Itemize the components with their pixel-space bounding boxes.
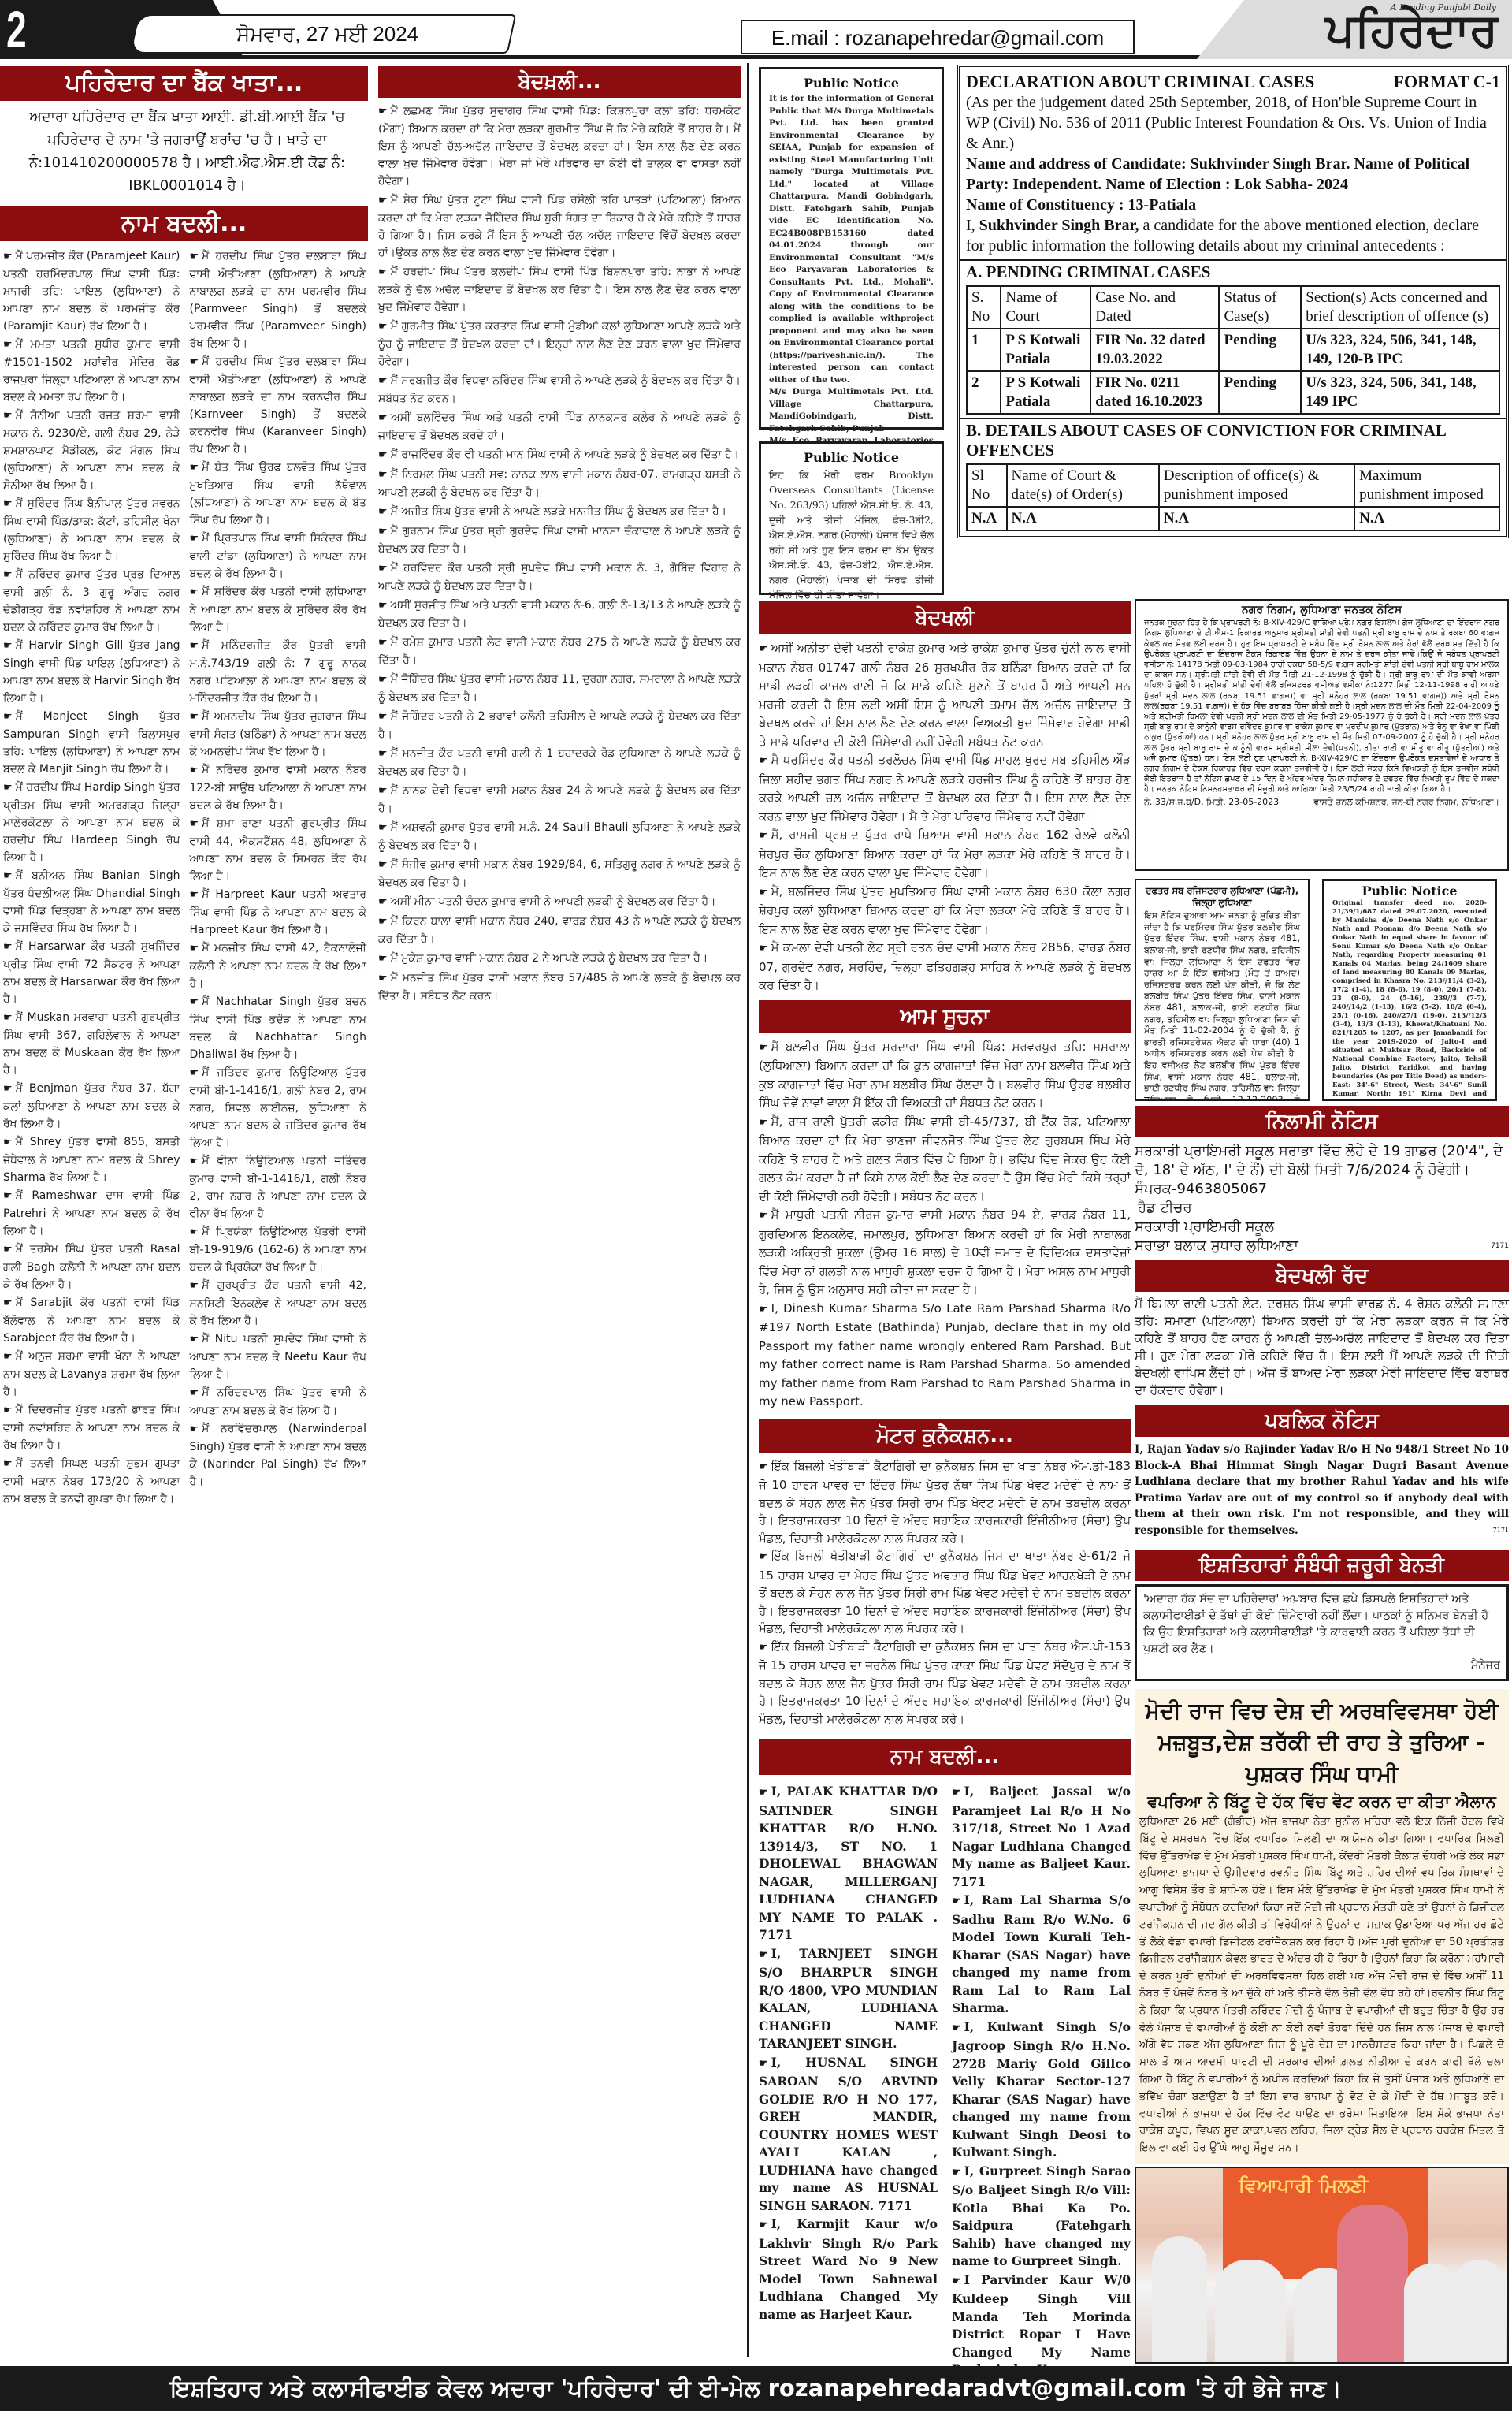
- email-box: E.mail : rozanapehredar@gmail.com: [741, 20, 1135, 54]
- list-item: ☛ਇੱਕ ਬਿਜਲੀ ਖੇਤੀਬਾੜੀ ਕੈਟਾਗਿਰੀ ਦਾ ਕੁਨੈਕਸ਼ਨ…: [759, 1457, 1131, 1548]
- nilami-body: ਸਰਕਾਰੀ ਪ੍ਰਾਇਮਰੀ ਸਕੂਲ ਸਰਾਭਾ ਵਿੱਚ ਲੋਹੇ ਦੇ …: [1135, 1142, 1509, 1199]
- criminal-declaration: DECLARATION ABOUT CRIMINAL CASES FORMAT …: [957, 65, 1509, 538]
- pointing-hand-icon: ☛: [190, 462, 199, 474]
- conviction-table: Sl NoName of Court & date(s) of Order(s)…: [966, 463, 1500, 531]
- nagar-nigam-footer: ਨੰ. 33/ਸ.ਜ.ਬ/D, ਮਿਤੀ. 23-05-2023 ਵਾਸਤੇ ਜ…: [1144, 797, 1499, 807]
- pointing-hand-icon: ☛: [3, 1190, 13, 1202]
- list-item-text: ਅਸੀਂ ਬਲਵਿੰਦਰ ਸਿੰਘ ਅਤੇ ਪਤਨੀ ਵਾਸੀ ਪਿੰਡ ਨਾਨ…: [378, 411, 741, 442]
- pointing-hand-icon: ☛: [378, 321, 388, 333]
- notice-pair: ਦਫਤਰ ਸਬ ਰਜਿਸਟਰਾਰ ਲੁਧਿਆਣਾ (ਪੱਛਮੀ), ਜਿਲ੍ਹਾ…: [1135, 879, 1509, 1101]
- list-item: ☛ਮੈਂ ਦਿਦਰਜੀਤ ਪੁੱਤਰ ਪਤਨੀ ਭਾਰਤ ਸਿੰਘ ਵਾਸੀ ਨ…: [3, 1401, 180, 1454]
- nilami-code: 7171: [1491, 1237, 1509, 1256]
- pointing-hand-icon: ☛: [3, 1297, 13, 1309]
- list-item: ☛ਮੈਂ ਜੋਗਿੰਦਰ ਪਤਨੀ ਨੇ 2 ਭਰਾਵਾਂ ਕਲੋਨੀ ਤਹਿਸ…: [378, 708, 741, 743]
- pointing-hand-icon: ☛: [378, 375, 388, 387]
- list-item: ☛ਮੈਂ ਪ੍ਰਿਤਪਾਲ ਸਿੰਘ ਵਾਸੀ ਸਿਕੰਦਰ ਸਿੰਘ ਵਾਲੀ…: [190, 530, 367, 582]
- declaration-intro: I, Sukhvinder Singh Brar, a candidate fo…: [966, 215, 1500, 256]
- list-item: ☛ਮੈਂ ਨਿਰਮਲ ਸਿੰਘ ਪਤਨੀ ਸਵ: ਨਾਨਕ ਲਾਲ ਵਾਸੀ ਮ…: [378, 466, 741, 501]
- column-header: Section(s) Acts concerned and brief desc…: [1301, 286, 1499, 329]
- table-row: 1P S Kotwali PatialaFIR No. 32 dated 19.…: [967, 329, 1499, 371]
- list-item-text: I, Dinesh Kumar Sharma S/o Late Ram Pars…: [759, 1301, 1131, 1409]
- pointing-hand-icon: ☛: [378, 266, 388, 278]
- nilami-sign-2: ਸਰਕਾਰੀ ਪ੍ਰਾਇਮਰੀ ਸਕੂਲ: [1135, 1218, 1509, 1237]
- list-item-text: ਮੈਂ ਹਰਦੀਪ ਸਿੰਘ ਪੁੱਤਰ ਕੁਲਦੀਪ ਸਿੰਘ ਵਾਸੀ ਪਿ…: [378, 266, 741, 314]
- section-b-heading: B. DETAILS ABOUT CASES OF CONVICTION FOR…: [960, 418, 1506, 462]
- table-cell: Pending: [1219, 329, 1301, 371]
- list-item: ☛ਮੈਂ ਮੁਕੇਸ਼ ਕੁਮਾਰ ਵਾਸੀ ਮਕਾਨ ਨੰਬਰ 2 ਨੇ ਆਪ…: [378, 950, 741, 968]
- list-item: ☛I, TARNJEET SINGH S/O BHARPUR SINGH R/O…: [759, 1945, 938, 2053]
- list-item: ☛ਮੈਂ Nachhatar Singh ਪੁੱਤਰ ਬਚਨ ਸਿੰਘ ਵਾਸੀ…: [190, 993, 367, 1063]
- list-item-text: ਮੈਂ ਜੋਗਿੰਦਰ ਪਤਨੀ ਨੇ 2 ਭਰਾਵਾਂ ਕਲੋਨੀ ਤਹਿਸੀ…: [378, 710, 741, 741]
- column-header: S. No: [967, 286, 1001, 329]
- list-item-text: ਮੈਂ, ਬਲਜਿੰਦਰ ਸਿੰਘ ਪੁੱਤਰ ਮੁਖਤਿਆਰ ਸਿੰਘ ਵਾਸ…: [759, 884, 1131, 936]
- list-item-text: ਮੈਂ ਨਰਿੰਦਰ ਕੁਮਾਰ ਪੁੱਤਰ ਪ੍ਰਭ ਦਿਆਲ ਵਾਸੀ ਗਲ…: [3, 568, 180, 634]
- table-cell: 1: [967, 329, 1001, 371]
- public-notice-brooklyn: Public Notice ਇਹ ਕਿ ਮੇਰੀ ਫਰਮ Brooklyn Ov…: [759, 441, 944, 595]
- pointing-hand-icon: ☛: [759, 830, 768, 842]
- pointing-hand-icon: ☛: [3, 640, 13, 652]
- pointing-hand-icon: ☛: [378, 973, 388, 984]
- declaration-header: DECLARATION ABOUT CRIMINAL CASES FORMAT …: [966, 72, 1500, 92]
- declaration-candidate: Name and address of Candidate: Sukhvinde…: [966, 154, 1500, 195]
- pointing-hand-icon: ☛: [190, 1280, 199, 1292]
- pointing-hand-icon: ☛: [190, 943, 199, 954]
- list-item-text: ਮੈਂ, ਰਾਮਜੀ ਪ੍ਰਸ਼ਾਦ ਪੁੱਤਰ ਰਾਧੇ ਸ਼ਿਆਮ ਵਾਸੀ…: [759, 828, 1131, 880]
- list-item-text: ਅਸੀਂ ਅਨੀਤਾ ਦੇਵੀ ਪਤਨੀ ਰਾਕੇਸ਼ ਕੁਮਾਰ ਅਤੇ ਰਾ…: [759, 641, 1131, 749]
- list-item: ☛ਮੈਂ ਬਨੀਅਨ ਸਿੰਘ Banian Singh ਪੁੱਤਰ ਧੰਦਲੀ…: [3, 867, 180, 937]
- list-item: ☛ਮੈਂ Sarabjit ਕੌਰ ਪਤਨੀ ਵਾਸੀ ਪਿੰਡ ਬੱਲੋਵਾਲ…: [3, 1294, 180, 1347]
- list-item-text: ਮੈਂ ਅਮਨਦੀਪ ਸਿੰਘ ਪੁੱਤਰ ਜੁਗਰਾਜ ਸਿੰਘ ਵਾਸੀ ਸ…: [190, 710, 367, 758]
- pointing-hand-icon: ☛: [3, 1137, 13, 1148]
- list-item-text: ਮੈਂ ਪਰਮਜੀਤ ਕੌਰ (Paramjeet Kaur) ਪਤਨੀ ਹਰਮ…: [3, 250, 180, 333]
- list-item: ☛ਮੈਂ ਮਨਜੀਤ ਕੌਰ ਪਤਨੀ ਵਾਸੀ ਗਲੀ ਨੰ 1 ਬਹਾਦਰਕ…: [378, 745, 741, 780]
- bedakhli-radd-heading: ਬੇਦਖਲੀ ਰੱਦ: [1135, 1260, 1509, 1292]
- list-item-text: ਮੈਂ ਤਰਸੇਮ ਸਿੰਘ ਪੁੱਤਰ ਪਤਨੀ Rasal ਗਲੀ Bagh…: [3, 1243, 180, 1291]
- pointing-hand-icon: ☛: [952, 1896, 961, 1907]
- bedakhli-heading: ਬੇਦਖ਼ਲੀ...: [378, 66, 741, 98]
- nilami-heading: ਨਿਲਾਮੀ ਨੋਟਿਸ: [1135, 1106, 1509, 1137]
- list-item-text: ਮੈਂ ਮਮਤਾ ਪਤਨੀ ਸੁਧੀਰ ਕੁਮਾਰ ਵਾਸੀ #1501-150…: [3, 338, 180, 404]
- pointing-hand-icon: ☛: [378, 600, 388, 612]
- table-header-row: S. NoName of CourtCase No. and DatedStat…: [967, 286, 1499, 329]
- nagar-nigam-ref: ਨੰ. 33/ਸ.ਜ.ਬ/D, ਮਿਤੀ. 23-05-2023: [1144, 797, 1279, 807]
- list-item: ☛I, Baljeet Jassal w/o Paramjeet Lal R/o…: [952, 1783, 1131, 1891]
- list-item: ☛ਮੈਂ ਗੁਰਨਾਮ ਸਿੰਘ ਪੁੱਤਰ ਸ੍ਰੀ ਗੁਰਦੇਵ ਸਿੰਘ …: [378, 523, 741, 558]
- notice-body: Original transfer deed no. 2020-21/39/1/…: [1332, 899, 1487, 1101]
- list-item-text: I, Kulwant Singh S/o Jagroop Singh R/o H…: [952, 2019, 1131, 2160]
- pointing-hand-icon: ☛: [378, 106, 388, 117]
- contact-email[interactable]: E.mail : rozanapehredar@gmail.com: [742, 24, 1133, 51]
- list-item-text: ਮੈਂ ਬੰਤ ਸਿੰਘ ਉਰਫ ਬਲਵੰਤ ਸਿੰਘ ਪੁੱਤਰ ਮੁਖਤਿਆ…: [190, 461, 367, 526]
- person-speaker: [1337, 2205, 1408, 2362]
- bedakhli-2-heading: ਬੇਦਖਲੀ: [759, 601, 1131, 634]
- pointing-hand-icon: ☛: [759, 755, 768, 767]
- list-item-text: ਮੈਂ ਅਸ਼ਵਨੀ ਕੁਮਾਰ ਪੁੱਤਰ ਵਾਸੀ ਮ.ਨੰ. 24 Sau…: [378, 821, 741, 852]
- list-item-text: I, HUSNAL SINGH SAROAN S/O ARVIND GOLDIE…: [759, 2055, 938, 2213]
- list-item: ☛ਮੈਂ ਸਰਬਜੀਤ ਕੌਰ ਵਿਧਵਾ ਨਰਿੰਦਰ ਸਿੰਘ ਵਾਸੀ ਨ…: [378, 372, 741, 407]
- name-change-heading: ਨਾਮ ਬਦਲੀ...: [0, 206, 368, 241]
- bedakhli-list: ☛ਮੈਂ ਲਛਮਣ ਸਿੰਘ ਪੁੱਤਰ ਸੁਦਾਗਰ ਸਿੰਘ ਵਾਸੀ ਪਿ…: [378, 102, 741, 1005]
- list-item-text: ਮੈਂ Muskan ਮਰਵਾਹਾ ਪਤਨੀ ਗੁਰਪ੍ਰੀਤ ਸਿੰਘ ਵਾਸ…: [3, 1011, 180, 1077]
- list-item: ☛ਮੈਂ ਰਮੇਸ਼ ਕੁਮਾਰ ਪਤਨੀ ਲੇਟ ਵਾਸੀ ਮਕਾਨ ਨੰਬਰ…: [378, 634, 741, 669]
- issue-date: ਸੋਮਵਾਰ, 27 ਮਈ 2024: [236, 20, 418, 47]
- sub-registrar-notice: ਦਫਤਰ ਸਬ ਰਜਿਸਟਰਾਰ ਲੁਧਿਆਣਾ (ਪੱਛਮੀ), ਜਿਲ੍ਹਾ…: [1135, 879, 1310, 1101]
- list-item-text: ਮੈਂ ਨਰਿੰਦਰਪਾਲ ਸਿੰਘ ਪੁੱਤਰ ਵਾਸੀ ਨੇ ਆਪਣਾ ਨਾ…: [190, 1386, 367, 1417]
- nagar-nigam-notice: ਨਗਰ ਨਿਗਮ, ਲੁਧਿਆਣਾ ਜਨਤਕ ਨੋਟਿਸ ਜਨਤਕ ਸੂਚਨਾ …: [1135, 599, 1509, 871]
- list-item-text: ਮੈਂ ਗੁਰਮੀਤ ਸਿੰਘ ਪੁੱਤਰ ਕਰਤਾਰ ਸਿੰਘ ਵਾਸੀ ਮੁ…: [378, 320, 741, 368]
- list-item-text: ਇੱਕ ਬਿਜਲੀ ਖੇਤੀਬਾੜੀ ਕੈਟਾਗਿਰੀ ਦਾ ਕੁਨੈਕਸ਼ਨ …: [759, 1459, 1131, 1546]
- pointing-hand-icon: ☛: [3, 498, 13, 510]
- news-subhead: ਵਪਰਿਆ ਨੇ ਬਿੱਟੂ ਦੇ ਹੱਕ ਵਿੱਚ ਵੋਟ ਕਰਨ ਦਾ ਕੀ…: [1139, 1790, 1504, 1814]
- list-item-text: I, Baljeet Jassal w/o Paramjeet Lal R/o …: [952, 1784, 1131, 1889]
- pointing-hand-icon: ☛: [759, 2219, 768, 2231]
- list-item-text: ਮੈਂ ਮੁਕੇਸ਼ ਕੁਮਾਰ ਵਾਸੀ ਮਕਾਨ ਨੰਬਰ 2 ਨੇ ਆਪਣ…: [391, 952, 708, 965]
- name-change-en-columns: ☛I, PALAK KHATTAR D/O SATINDER SINGH KHA…: [759, 1775, 1131, 2380]
- list-item-text: ਮੈਂ ਸੰਜੀਵ ਕੁਮਾਰ ਵਾਸੀ ਮਕਾਨ ਨੰਬਰ 1929/84, …: [378, 858, 741, 889]
- pointing-hand-icon: ☛: [378, 748, 388, 760]
- list-item: ☛ਅਸੀਂ ਸੁਰਜੀਤ ਸਿੰਘ ਅਤੇ ਪਤਨੀ ਵਾਸੀ ਮਕਾਨ ਨੰ-…: [378, 597, 741, 632]
- declaration-format: FORMAT C-1: [1394, 72, 1500, 92]
- list-item: ☛I, Dinesh Kumar Sharma S/o Late Ram Par…: [759, 1300, 1131, 1412]
- pointing-hand-icon: ☛: [190, 765, 199, 776]
- list-item: ☛ਇੱਕ ਬਿਜਲੀ ਖੇਤੀਬਾੜੀ ਕੈਟਾਗਿਰੀ ਦਾ ਕੁਨੈਕਸ਼ਨ…: [759, 1547, 1131, 1638]
- list-item: ☛ਮੈਂ ਗੁਰਪ੍ਰੀਤ ਕੌਰ ਪਤਨੀ ਵਾਸੀ 42, ਸਨਸਿਟੀ ਇ…: [190, 1277, 367, 1330]
- pointing-hand-icon: ☛: [759, 1304, 768, 1315]
- pointing-hand-icon: ☛: [378, 822, 388, 834]
- list-item-text: ਮੈਂ ਬਲਵੀਰ ਸਿੰਘ ਪੁੱਤਰ ਸਰਦਾਰਾ ਸਿੰਘ ਵਾਸੀ ਪਿ…: [759, 1040, 1131, 1111]
- list-item: ☛ਮੈਂ ਨਰਵਿੰਦਰਪਾਲ (Narwinderpal Singh) ਪੁੱ…: [190, 1420, 367, 1490]
- column-header: Sl No: [967, 464, 1007, 507]
- list-item: ☛ਇੱਕ ਬਿਜਲੀ ਖੇਤੀਬਾੜੀ ਕੈਟਾਗਿਰੀ ਦਾ ਕੁਨੈਕਸ਼ਨ…: [759, 1638, 1131, 1728]
- logo-block: A Leading Punjabi Daily ਪਹਿਰੇਦਾਰ: [1197, 0, 1512, 59]
- list-item-text: I, PALAK KHATTAR D/O SATINDER SINGH KHAT…: [759, 1784, 938, 1942]
- table-cell: FIR No. 32 dated 19.03.2022: [1090, 329, 1219, 371]
- list-item: ☛ਮੈਂ, ਬਲਜਿੰਦਰ ਸਿੰਘ ਪੁੱਤਰ ਮੁਖਤਿਆਰ ਸਿੰਘ ਵਾ…: [759, 883, 1131, 939]
- pointing-hand-icon: ☛: [3, 1083, 13, 1095]
- list-item: ☛ਮੈਂ ਨਰਿੰਦਰਪਾਲ ਸਿੰਘ ਪੁੱਤਰ ਵਾਸੀ ਨੇ ਆਪਣਾ ਨ…: [190, 1384, 367, 1419]
- list-item: ☛ਮੈਂ ਹਰਦੀਪ ਸਿੰਘ ਪੁੱਤਰ ਦਲਬਾਰਾ ਸਿੰਘ ਵਾਸੀ ਐ…: [190, 353, 367, 458]
- pointing-hand-icon: ☛: [190, 1334, 199, 1345]
- intro-name: Sukhvinder Singh Brar,: [979, 217, 1139, 234]
- list-item-text: ਮੈ ਪਰਮਿੰਦਰ ਕੌਰ ਪਤਨੀ ਤਰਲੋਚਨ ਸਿੰਘ ਵਾਸੀ ਪਿੰ…: [759, 753, 1131, 824]
- pointing-hand-icon: ☛: [190, 356, 199, 368]
- list-item: ☛ਮੈਂ ਅਨੁਜ ਸ਼ਰਮਾ ਵਾਸੀ ਖੰਨਾ ਨੇ ਆਪਣਾ ਨਾਮ ਬਦ…: [3, 1348, 180, 1401]
- list-item: ☛ਮੈਂ ਅਸ਼ਵਨੀ ਕੁਮਾਰ ਪੁੱਤਰ ਵਾਸੀ ਮ.ਨੰ. 24 Sa…: [378, 819, 741, 854]
- list-item: ☛ਮੈਂ ਨਰਿੰਦਰ ਕੁਮਾਰ ਵਾਸੀ ਮਕਾਨ ਨੰਬਰ 122-ਬੀ …: [190, 761, 367, 814]
- declaration-constituency: Name of Constituency : 13-Patiala: [966, 195, 1500, 215]
- list-item: ☛ਮੈਂ, ਰਾਮਜੀ ਪ੍ਰਸ਼ਾਦ ਪੁੱਤਰ ਰਾਧੇ ਸ਼ਿਆਮ ਵਾਸ…: [759, 826, 1131, 883]
- table-cell: P S Kotwali Patiala: [1001, 329, 1090, 371]
- list-item-text: ਮੈਂ ਦਿਦਰਜੀਤ ਪੁੱਤਰ ਪਤਨੀ ਭਾਰਤ ਸਿੰਘ ਵਾਸੀ ਨਵ…: [3, 1404, 180, 1452]
- declaration-judgement: (As per the judgement dated 25th Septemb…: [966, 92, 1500, 154]
- public-notice-pa-text: I, Rajan Yadav s/o Rajinder Yadav R/o H …: [1135, 1443, 1509, 1537]
- list-item: ☛ਮੈਂ Muskan ਮਰਵਾਹਾ ਪਤਨੀ ਗੁਰਪ੍ਰੀਤ ਸਿੰਘ ਵਾ…: [3, 1009, 180, 1079]
- list-item-text: ਮੈਂ Sarabjit ਕੌਰ ਪਤਨੀ ਵਾਸੀ ਪਿੰਡ ਬੱਲੋਵਾਲ …: [3, 1297, 180, 1345]
- notice-body: It is for the information of General Pub…: [769, 93, 934, 386]
- pointing-hand-icon: ☛: [378, 195, 388, 206]
- list-item: ☛ਮੈਂ ਜਤਿੰਦਰ ਕੁਮਾਰ ਨਿਊਟਿਆਲ ਪੁੱਤਰ ਵਾਸੀ ਬੀ-…: [190, 1064, 367, 1152]
- table-cell: N.A: [1354, 507, 1499, 530]
- list-item: ☛ਮੈਂ ਕਮਲਾ ਦੇਵੀ ਪਤਨੀ ਲੇਟ ਸ੍ਰੀ ਰਤਨ ਚੰਦ ਵਾਸ…: [759, 939, 1131, 995]
- list-item-text: ਮੈਂ ਲਛਮਣ ਸਿੰਘ ਪੁੱਤਰ ਸੁਦਾਗਰ ਸਿੰਘ ਵਾਸੀ ਪਿੰ…: [378, 105, 741, 188]
- aam-suchna-list: ☛ਮੈਂ ਬਲਵੀਰ ਸਿੰਘ ਪੁੱਤਰ ਸਰਦਾਰਾ ਸਿੰਘ ਵਾਸੀ ਪ…: [759, 1033, 1131, 1412]
- pointing-hand-icon: ☛: [378, 859, 388, 871]
- name-change-col-2: ☛ਮੈਂ ਹਰਦੀਪ ਸਿੰਘ ਪੁੱਤਰ ਦਲਬਾਰਾ ਸਿੰਘ ਵਾਸੀ ਐ…: [190, 247, 367, 1509]
- list-item: ☛ਮੈਂ Benjman ਪੁੱਤਰ ਨੰਬਰ 37, ਬੱਗਾ ਕਲਾਂ ਲੁ…: [3, 1080, 180, 1133]
- pointing-hand-icon: ☛: [759, 1210, 768, 1222]
- list-item-text: I, Ram Lal Sharma S/o Sadhu Ram R/o W.No…: [952, 1892, 1131, 2015]
- column-header: Name of Court & date(s) of Order(s): [1007, 464, 1159, 507]
- pointing-hand-icon: ☛: [3, 1244, 13, 1256]
- pointing-hand-icon: ☛: [3, 711, 13, 723]
- list-item: ☛ਮੈਂ ਮਨਜੀਤ ਸਿੰਘ ਵਾਸੀ 42, ਟੈਕਨਾਲੋਜੀ ਕਲੋਨੀ…: [190, 939, 367, 992]
- pointing-hand-icon: ☛: [759, 943, 768, 954]
- list-item-text: ਮੈਂ ਸ਼ੇਰ ਸਿੰਘ ਪੁੱਤਰ ਟੂਟਾ ਸਿੰਘ ਵਾਸੀ ਪਿੰਡ …: [378, 194, 741, 259]
- pointing-hand-icon: ☛: [190, 1226, 199, 1238]
- list-item-text: ਮੈਂ ਅਨੁਜ ਸ਼ਰਮਾ ਵਾਸੀ ਖੰਨਾ ਨੇ ਆਪਣਾ ਨਾਮ ਬਦਲ…: [3, 1350, 180, 1398]
- nilami-notice: ਸਰਕਾਰੀ ਪ੍ਰਾਇਮਰੀ ਸਕੂਲ ਸਰਾਭਾ ਵਿੱਚ ਲੋਹੇ ਦੇ …: [1135, 1137, 1509, 1260]
- pointing-hand-icon: ☛: [190, 640, 199, 652]
- list-item-text: ਮੈਂ ਜਤਿੰਦਰ ਕੁਮਾਰ ਨਿਊਟਿਆਲ ਪੁੱਤਰ ਵਾਸੀ ਬੀ-1…: [190, 1066, 367, 1149]
- list-item-text: ਇੱਕ ਬਿਜਲੀ ਖੇਤੀਬਾੜੀ ਕੈਟਾਗਿਰੀ ਦਾ ਕੁਨੈਕਸ਼ਨ …: [759, 1549, 1131, 1635]
- pointing-hand-icon: ☛: [3, 941, 13, 953]
- list-item: ☛ਮੈਂ Nitu ਪਤਨੀ ਸੁਖਦੇਵ ਸਿੰਘ ਵਾਸੀ ਨੇ ਆਪਣਾ …: [190, 1330, 367, 1383]
- list-item-text: ਮੈਂ ਨਿਰਮਲ ਸਿੰਘ ਪਤਨੀ ਸਵ: ਨਾਨਕ ਲਾਲ ਵਾਸੀ ਮਕ…: [378, 468, 741, 499]
- list-item-text: ਮੈਂ ਵੀਨਾ ਨਿਊਟਿਆਲ ਪਤਨੀ ਜਤਿੰਦਰ ਕੁਮਾਰ ਵਾਸੀ …: [190, 1155, 367, 1220]
- declaration-title: DECLARATION ABOUT CRIMINAL CASES: [966, 72, 1314, 92]
- pointing-hand-icon: ☛: [3, 782, 13, 794]
- notice-body: ਇਹ ਕਿ ਮੇਰੀ ਫਰਮ Brooklyn Overseas Consult…: [769, 467, 934, 602]
- ad-request-signatory: ਮੈਨੇਜਰ: [1143, 1658, 1500, 1674]
- list-item: ☛ਮੈਂ ਮਾਧੁਰੀ ਪਤਨੀ ਨੀਰਜ ਕੁਮਾਰ ਵਾਸੀ ਮਕਾਨ ਨੰ…: [759, 1206, 1131, 1300]
- list-item: ☛ਮੈਂ ਹਰਦੀਪ ਸਿੰਘ Hardip Singh ਪੁੱਤਰ ਪ੍ਰੀਤ…: [3, 779, 180, 866]
- nilami-sign-1: ਹੈਡ ਟੀਚਰ: [1135, 1199, 1509, 1218]
- list-item: ☛ਮੈਂ ਨਰਿੰਦਰ ਕੁਮਾਰ ਪੁੱਤਰ ਪ੍ਰਭ ਦਿਆਲ ਵਾਸੀ ਗ…: [3, 566, 180, 636]
- list-item: ☛ਮੈਂ ਵੀਨਾ ਨਿਊਟਿਆਲ ਪਤਨੀ ਜਤਿੰਦਰ ਕੁਮਾਰ ਵਾਸੀ…: [190, 1152, 367, 1222]
- masthead: 2 ਸੋਮਵਾਰ, 27 ਮਈ 2024 E.mail : rozanapehr…: [0, 0, 1512, 59]
- list-item: ☛ਮੈਂ ਰਾਜਵਿੰਦਰ ਕੌਰ ਵੀ ਪਤਨੀ ਮਾਨ ਸਿੰਘ ਵਾਸੀ …: [378, 446, 741, 464]
- list-item-text: ਮੈਂ ਅਜੀਤ ਸਿੰਘ ਪੁੱਤਰ ਵਾਸੀ ਨੇ ਆਪਣੇ ਲੜਕੇ ਮਨ…: [391, 505, 726, 518]
- list-item-text: ਮੈਂ ਤਨਵੀ ਸਿਘਲ ਪਤਨੀ ਸ਼ੁਭਮ ਗੁਪਤਾ ਵਾਸੀ ਮਕਾਨ…: [3, 1457, 180, 1505]
- list-item: ☛I Parvinder Kaur W/0 Kuldeep Singh Vill…: [952, 2271, 1131, 2379]
- bedakhli-radd-body: ਮੈਂ ਬਿਮਲਾ ਰਾਣੀ ਪਤਨੀ ਲੇਟ. ਦਰਸ਼ਨ ਸਿੰਘ ਵਾਸੀ…: [1135, 1292, 1509, 1402]
- list-item: ☛ਮੈਂ ਹਰਵਿੰਦਰ ਕੌਰ ਪਤਨੀ ਸ੍ਰੀ ਸੁਖਦੇਵ ਸਿੰਘ ਵ…: [378, 560, 741, 595]
- list-item-text: ਮੈਂ ਸੋਨੀਆ ਪਤਨੀ ਰਜਤ ਸ਼ਰਮਾ ਵਾਸੀ ਮਕਾਨ ਨੰ. 9…: [3, 409, 180, 492]
- pointing-hand-icon: ☛: [190, 1067, 199, 1079]
- person-figure: [1215, 2260, 1286, 2362]
- list-item: ☛ਮੈਂ ਅਜੀਤ ਸਿੰਘ ਪੁੱਤਰ ਵਾਸੀ ਨੇ ਆਪਣੇ ਲੜਕੇ ਮ…: [378, 503, 741, 521]
- pending-cases-table: S. NoName of CourtCase No. and DatedStat…: [966, 285, 1500, 415]
- pointing-hand-icon: ☛: [759, 1551, 768, 1563]
- list-item-text: ਮੈਂ ਰਮੇਸ਼ ਕੁਮਾਰ ਪਤਨੀ ਲੇਟ ਵਾਸੀ ਮਕਾਨ ਨੰਬਰ …: [378, 636, 741, 667]
- list-item-text: ਮੈਂ ਮਨਿੰਦਰਜੀਤ ਕੌਰ ਪੁੱਤਰੀ ਵਾਸੀ ਮ.ਨੰ.743/1…: [190, 639, 367, 705]
- list-item-text: ਮੈਂ ਹਰਦੀਪ ਸਿੰਘ ਪੁੱਤਰ ਦਲਬਾਰਾ ਸਿੰਘ ਵਾਸੀ ਐਤ…: [190, 355, 367, 456]
- person-figure: [1451, 2260, 1506, 2362]
- table-header-row: Sl NoName of Court & date(s) of Order(s)…: [967, 464, 1499, 507]
- list-item-text: ਮੈਂ ਨਰਵਿੰਦਰਪਾਲ (Narwinderpal Singh) ਪੁੱਤ…: [190, 1423, 367, 1488]
- name-change-en-heading: ਨਾਮ ਬਦਲੀ...: [759, 1739, 1131, 1775]
- table-cell: U/s 323, 324, 506, 341, 148, 149 IPC: [1301, 371, 1499, 414]
- table-cell: 2: [967, 371, 1001, 414]
- list-item-text: ਮੈਂ ਜੋਗਿੰਦਰ ਸਿੰਘ ਪੁੱਤਰ ਵਾਸੀ ਮਕਾਨ ਨੰਬਰ 11…: [378, 673, 741, 704]
- news-article: ਮੋਦੀ ਰਾਜ ਵਿਚ ਦੇਸ਼ ਦੀ ਅਰਥਵਿਵਸਥਾ ਹੋਈ ਮਜ਼ਬੂ…: [1135, 1689, 1509, 2164]
- list-item-text: ਮੈਂ ਸੁਰਿੰਦਰ ਸਿੰਘ ਬੈਨੀਪਾਲ ਪੁੱਤਰ ਸਵਰਨ ਸਿੰਘ…: [3, 497, 180, 563]
- list-item: ☛ਮੈਂ ਗੁਰਮੀਤ ਸਿੰਘ ਪੁੱਤਰ ਕਰਤਾਰ ਸਿੰਘ ਵਾਸੀ ਮ…: [378, 318, 741, 370]
- sub-registrar-title: ਦਫਤਰ ਸਬ ਰਜਿਸਟਰਾਰ ਲੁਧਿਆਣਾ (ਪੱਛਮੀ), ਜਿਲ੍ਹਾ…: [1144, 885, 1300, 908]
- pointing-hand-icon: ☛: [378, 674, 388, 686]
- list-item: ☛ਅਸੀਂ ਬਲਵਿੰਦਰ ਸਿੰਘ ਅਤੇ ਪਤਨੀ ਵਾਸੀ ਪਿੰਡ ਨਾ…: [378, 409, 741, 445]
- pointing-hand-icon: ☛: [759, 1787, 768, 1799]
- list-item: ☛I, Kulwant Singh S/o Jagroop Singh R/o …: [952, 2018, 1131, 2162]
- photo-banner-text: ਵਿਆਪਾਰੀ ਮਿਲਣੀ: [1239, 2175, 1368, 2197]
- list-item-text: I Parvinder Kaur W/0 Kuldeep Singh Vill …: [952, 2272, 1131, 2378]
- column-header: Description of office(s) & punishment im…: [1159, 464, 1354, 507]
- list-item: ☛ਮੈ ਪਰਮਿੰਦਰ ਕੌਰ ਪਤਨੀ ਤਰਲੋਚਨ ਸਿੰਘ ਵਾਸੀ ਪਿ…: [759, 751, 1131, 826]
- table-cell: N.A: [1159, 507, 1354, 530]
- list-item-text: ਮੈਂ Rameshwar ਦਾਸ ਵਾਸੀ ਪਿੰਡ Patrehri ਨੇ …: [3, 1189, 180, 1237]
- list-item-text: ਮੈਂ ਮਾਧੁਰੀ ਪਤਨੀ ਨੀਰਜ ਕੁਮਾਰ ਵਾਸੀ ਮਕਾਨ ਨੰਬ…: [759, 1207, 1131, 1297]
- name-change-en-col-2: ☛I, Baljeet Jassal w/o Paramjeet Lal R/o…: [952, 1783, 1131, 2380]
- pointing-hand-icon: ☛: [378, 785, 388, 797]
- news-body: ਲੁਧਿਆਣਾ 26 ਮਈ (ਗੰਭੀਰ) ਅੱਜ ਭਾਜਪਾ ਨੇਤਾ ਸੁਨ…: [1139, 1814, 1504, 2157]
- news-headline: ਮੋਦੀ ਰਾਜ ਵਿਚ ਦੇਸ਼ ਦੀ ਅਰਥਵਿਵਸਥਾ ਹੋਈ ਮਜ਼ਬੂ…: [1139, 1695, 1504, 1790]
- pointing-hand-icon: ☛: [378, 637, 388, 649]
- table-cell: N.A: [1007, 507, 1159, 530]
- notice-title: Public Notice: [1332, 886, 1487, 896]
- right-column: ਨਗਰ ਨਿਗਮ, ਲੁਧਿਆਣਾ ਜਨਤਕ ਨੋਟਿਸ ਜਨਤਕ ਸੂਚਨਾ …: [1135, 599, 1509, 2364]
- list-item-text: ਮੈਂ, ਰਾਜ ਰਾਣੀ ਪੁੱਤਰੀ ਫਕੀਰ ਸਿੰਘ ਵਾਸੀ ਬੀ-4…: [759, 1114, 1131, 1204]
- table-row: 2P S Kotwali PatialaFIR No. 0211 dated 1…: [967, 371, 1499, 414]
- list-item-text: ਅਸੀਂ ਸੁਰਜੀਤ ਸਿੰਘ ਅਤੇ ਪਤਨੀ ਵਾਸੀ ਮਕਾਨ ਨੰ-6…: [378, 599, 741, 630]
- news-photo: ਵਿਆਪਾਰੀ ਮਿਲਣੀ: [1135, 2167, 1509, 2364]
- ad-request-box: 'ਅਦਾਰਾ ਹੱਕ ਸੱਚ ਦਾ ਪਹਿਰੇਦਾਰ' ਅਖ਼ਬਾਰ ਵਿਚ ਛ…: [1135, 1584, 1509, 1681]
- list-item-text: ਮੈਂ Nitu ਪਤਨੀ ਸੁਖਦੇਵ ਸਿੰਘ ਵਾਸੀ ਨੇ ਆਪਣਾ ਨ…: [190, 1333, 367, 1381]
- list-item-text: ਮੈਂ ਮਨਜੀਤ ਸਿੰਘ ਵਾਸੀ 42, ਟੈਕਨਾਲੋਜੀ ਕਲੋਨੀ …: [190, 942, 367, 990]
- list-item: ☛ਮੈਂ ਅਮਨਦੀਪ ਸਿੰਘ ਪੁੱਤਰ ਜੁਗਰਾਜ ਸਿੰਘ ਵਾਸੀ …: [190, 708, 367, 761]
- list-item-text: ਮੈਂ ਹਰਦੀਪ ਸਿੰਘ ਪੁੱਤਰ ਦਲਬਾਰਾ ਸਿੰਘ ਵਾਸੀ ਐਤ…: [190, 250, 367, 350]
- list-item-text: ਮੈਂ ਗੁਰਨਾਮ ਸਿੰਘ ਪੁੱਤਰ ਸ੍ਰੀ ਗੁਰਦੇਵ ਸਿੰਘ ਵ…: [378, 525, 741, 556]
- ad-request-heading: ਇਸ਼ਤਿਹਾਰਾਂ ਸੰਬੰਧੀ ਜ਼ਰੂਰੀ ਬੇਨਤੀ: [1135, 1550, 1509, 1581]
- pointing-hand-icon: ☛: [759, 643, 768, 655]
- list-item: ☛I, PALAK KHATTAR D/O SATINDER SINGH KHA…: [759, 1783, 938, 1944]
- pointing-hand-icon: ☛: [3, 870, 13, 882]
- name-change-en-col-1: ☛I, PALAK KHATTAR D/O SATINDER SINGH KHA…: [759, 1783, 938, 2380]
- pointing-hand-icon: ☛: [378, 563, 388, 575]
- column-header: Maximum punishment imposed: [1354, 464, 1499, 507]
- pointing-hand-icon: ☛: [759, 1642, 768, 1654]
- list-item-text: ਮੈਂ ਸੁਰਿੰਦਰ ਕੌਰ ਪਤਨੀ ਵਾਸੀ ਲੁਧਿਆਣਾ ਨੇ ਆਪਣ…: [190, 586, 367, 634]
- nagar-nigam-body: ਜਨਤਕ ਸੂਚਨਾ ਹਿੱਤ ਹੈ ਕਿ ਪ੍ਰਾਪਰਟੀ ਨੰ: B-XIV…: [1144, 618, 1499, 794]
- bedakhli-2-list: ☛ਅਸੀਂ ਅਨੀਤਾ ਦੇਵੀ ਪਤਨੀ ਰਾਕੇਸ਼ ਕੁਮਾਰ ਅਤੇ ਰ…: [759, 634, 1131, 995]
- list-item: ☛ਮੈਂ ਮਨਜੀਤ ਸਿੰਘ ਪੁੱਤਰ ਵਾਸੀ ਮਕਾਨ ਨੰਬਰ 57/…: [378, 969, 741, 1005]
- pointing-hand-icon: ☛: [190, 533, 199, 545]
- pointing-hand-icon: ☛: [3, 339, 13, 351]
- list-item: ☛ਮੈਂ ਸੁਰਿੰਦਰ ਸਿੰਘ ਬੈਨੀਪਾਲ ਪੁੱਤਰ ਸਵਰਨ ਸਿੰ…: [3, 495, 180, 565]
- pointing-hand-icon: ☛: [190, 251, 199, 262]
- list-item: ☛ਮੈਂ Shrey ਪੁੱਤਰ ਵਾਸੀ 855, ਬਸਤੀ ਜੋਧੇਵਾਲ …: [3, 1133, 180, 1186]
- list-item-text: ਮੈਂ Shrey ਪੁੱਤਰ ਵਾਸੀ 855, ਬਸਤੀ ਜੋਧੇਵਾਲ ਨ…: [3, 1136, 180, 1184]
- list-item: ☛I, HUSNAL SINGH SAROAN S/O ARVIND GOLDI…: [759, 2054, 938, 2216]
- list-item-text: ਅਸੀਂ ਮੀਨਾ ਪਤਨੀ ਚੰਦਨ ਕੁਮਾਰ ਵਾਸੀ ਨੇ ਆਪਣੀ ਲ…: [391, 895, 716, 908]
- public-notice-durga: Public Notice It is for the information …: [759, 67, 944, 430]
- list-item: ☛ਮੈਂ ਲਛਮਣ ਸਿੰਘ ਪੁੱਤਰ ਸੁਦਾਗਰ ਸਿੰਘ ਵਾਸੀ ਪਿ…: [378, 102, 741, 190]
- list-item: ☛ਅਸੀਂ ਮੀਨਾ ਪਤਨੀ ਚੰਦਨ ਕੁਮਾਰ ਵਾਸੀ ਨੇ ਆਪਣੀ …: [378, 893, 741, 911]
- list-item-text: ਮੈਂ ਮਨਜੀਤ ਕੌਰ ਪਤਨੀ ਵਾਸੀ ਗਲੀ ਨੰ 1 ਬਹਾਦਰਕੇ…: [378, 747, 741, 778]
- pointing-hand-icon: ☛: [190, 1387, 199, 1399]
- list-item: ☛ਮੈਂ ਤਨਵੀ ਸਿਘਲ ਪਤਨੀ ਸ਼ੁਭਮ ਗੁਪਤਾ ਵਾਸੀ ਮਕਾ…: [3, 1455, 180, 1508]
- list-item-text: ਇੱਕ ਬਿਜਲੀ ਖੇਤੀਬਾੜੀ ਕੈਟਾਗਿਰੀ ਦਾ ਕੁਨੈਕਸ਼ਨ …: [759, 1639, 1131, 1726]
- list-item-text: ਮੈਂ ਬਨੀਅਨ ਸਿੰਘ Banian Singh ਪੁੱਤਰ ਧੰਦਲੀਅ…: [3, 869, 180, 935]
- list-item: ☛ਮੈਂ ਨਾਨਕ ਦੇਵੀ ਵਿਧਵਾ ਵਾਸੀ ਮਕਾਨ ਨੰਬਰ 24 ਨ…: [378, 782, 741, 817]
- nilami-sign-row: ਸਰਾਭਾ ਬਲਾਕ ਸੁਧਾਰ ਲੁਧਿਆਣਾ 7171: [1135, 1237, 1509, 1256]
- aam-suchna-heading: ਆਮ ਸੂਚਨਾ: [759, 1000, 1131, 1033]
- list-item: ☛ਮੈਂ ਕਿਰਨ ਬਾਲਾ ਵਾਸੀ ਮਕਾਨ ਨੰਬਰ 240, ਵਾਰਡ …: [378, 913, 741, 948]
- list-item: ☛ਮੈਂ ਬਲਵੀਰ ਸਿੰਘ ਪੁੱਤਰ ਸਰਦਾਰਾ ਸਿੰਘ ਵਾਸੀ ਪ…: [759, 1038, 1131, 1113]
- bank-account-text: ਅਦਾਰਾ ਪਹਿਰੇਦਾਰ ਦਾ ਬੈਂਕ ਖਾਤਾ ਆਈ. ਡੀ.ਬੀ.ਆਈ…: [0, 101, 374, 203]
- pointing-hand-icon: ☛: [759, 1949, 768, 1961]
- pointing-hand-icon: ☛: [3, 1405, 13, 1416]
- pointing-hand-icon: ☛: [190, 996, 199, 1008]
- page-number: 2: [6, 2, 27, 57]
- list-item-text: ਮੈਂ ਮਨਜੀਤ ਸਿੰਘ ਪੁੱਤਰ ਵਾਸੀ ਮਕਾਨ ਨੰਬਰ 57/4…: [378, 972, 741, 1003]
- nagar-nigam-signatory: ਵਾਸਤੇ ਜ਼ੋਨਲ ਕਮਿਸ਼ਨਰ, ਜੋਨ-ਬੀ ਨਗਰ ਨਿਗਮ, ਲੁ…: [1313, 797, 1499, 807]
- list-item: ☛ਮੈਂ ਮਨਿੰਦਰਜੀਤ ਕੌਰ ਪੁੱਤਰੀ ਵਾਸੀ ਮ.ਨੰ.743/…: [190, 637, 367, 707]
- pointing-hand-icon: ☛: [190, 586, 199, 598]
- column-header: Case No. and Dated: [1090, 286, 1219, 329]
- list-item-text: ਮੈਂ ਪ੍ਰਿਯੰਕਾ ਨਿਊਟਿਆਲ ਪੁੱਤਰੀ ਵਾਸੀ ਬੀ-19-9…: [190, 1226, 367, 1274]
- list-item: ☛I, Ram Lal Sharma S/o Sadhu Ram R/o W.N…: [952, 1892, 1131, 2018]
- notice-address-1: M/s Durga Multimetals Pvt. Ltd. Village …: [769, 386, 934, 435]
- list-item: ☛ਮੈਂ ਪ੍ਰਿਯੰਕਾ ਨਿਊਟਿਆਲ ਪੁੱਤਰੀ ਵਾਸੀ ਬੀ-19-…: [190, 1223, 367, 1276]
- pointing-hand-icon: ☛: [378, 896, 388, 908]
- list-item: ☛ਮੈਂ ਸੰਜੀਵ ਕੁਮਾਰ ਵਾਸੀ ਮਕਾਨ ਨੰਬਰ 1929/84,…: [378, 856, 741, 891]
- person-figure: [1152, 2236, 1207, 2362]
- list-item-text: ਮੈਂ ਰਾਜਵਿੰਦਰ ਕੌਰ ਵੀ ਪਤਨੀ ਮਾਨ ਸਿੰਘ ਵਾਸੀ ਨ…: [391, 448, 739, 461]
- pointing-hand-icon: ☛: [378, 953, 388, 965]
- list-item-text: ਮੈਂ Harsarwar ਕੌਰ ਪਤਨੀ ਸੁਖਜਿੰਦਰ ਪ੍ਰੀਤ ਸਿ…: [3, 940, 180, 1006]
- list-item: ☛ਮੈਂ ਸੁਰਿੰਦਰ ਕੌਰ ਪਤਨੀ ਵਾਸੀ ਲੁਧਿਆਣਾ ਨੇ ਆਪ…: [190, 583, 367, 636]
- list-item: ☛I, Karmjit Kaur w/o Lakhvir Singh R/o P…: [759, 2216, 938, 2324]
- list-item: ☛ਮੈਂ ਪਰਮਜੀਤ ਕੌਰ (Paramjeet Kaur) ਪਤਨੀ ਹਰ…: [3, 247, 180, 335]
- table-cell: P S Kotwali Patiala: [1001, 371, 1090, 414]
- newspaper-logo: ਪਹਿਰੇਦਾਰ: [1325, 5, 1498, 55]
- pointing-hand-icon: ☛: [378, 469, 388, 481]
- nagar-nigam-title: ਨਗਰ ਨਿਗਮ, ਲੁਧਿਆਣਾ ਜਨਤਕ ਨੋਟਿਸ: [1144, 605, 1499, 616]
- table-cell: N.A: [967, 507, 1007, 530]
- intro-prefix: I,: [966, 217, 979, 234]
- list-item: ☛ਮੈਂ ਤਰਸੇਮ ਸਿੰਘ ਪੁੱਤਰ ਪਤਨੀ Rasal ਗਲੀ Bag…: [3, 1241, 180, 1293]
- pointing-hand-icon: ☛: [190, 1155, 199, 1167]
- pointing-hand-icon: ☛: [378, 412, 388, 424]
- pointing-hand-icon: ☛: [3, 569, 13, 581]
- list-item-text: ਮੈਂ Manjeet Singh ਪੁੱਤਰ Sampuran Singh ਵ…: [3, 710, 180, 776]
- list-item: ☛ਮੈਂ, ਰਾਜ ਰਾਣੀ ਪੁੱਤਰੀ ਫਕੀਰ ਸਿੰਘ ਵਾਸੀ ਬੀ-…: [759, 1113, 1131, 1207]
- footer-banner: ਇਸ਼ਤਿਹਾਰ ਅਤੇ ਕਲਾਸੀਫਾਈਡ ਕੇਵਲ ਅਦਾਰਾ 'ਪਹਿਰੇ…: [0, 2366, 1512, 2411]
- list-item-text: I, Karmjit Kaur w/o Lakhvir Singh R/o Pa…: [759, 2216, 938, 2322]
- list-item-text: ਮੈਂ Nachhatar Singh ਪੁੱਤਰ ਬਚਨ ਸਿੰਘ ਵਾਸੀ …: [190, 995, 367, 1061]
- list-item: ☛ਮੈਂ ਸ਼ੇਰ ਸਿੰਘ ਪੁੱਤਰ ਟੂਟਾ ਸਿੰਘ ਵਾਸੀ ਪਿੰਡ…: [378, 192, 741, 262]
- list-item: ☛ਮੈਂ ਜੋਗਿੰਦਰ ਸਿੰਘ ਪੁੱਤਰ ਵਾਸੀ ਮਕਾਨ ਨੰਬਰ 1…: [378, 671, 741, 706]
- name-change-col-1: ☛ਮੈਂ ਪਰਮਜੀਤ ਕੌਰ (Paramjeet Kaur) ਪਤਨੀ ਹਰ…: [3, 247, 180, 1509]
- pointing-hand-icon: ☛: [190, 711, 199, 723]
- pointing-hand-icon: ☛: [378, 711, 388, 723]
- nilami-sign-3: ਸਰਾਭਾ ਬਲਾਕ ਸੁਧਾਰ ਲੁਧਿਆਣਾ: [1135, 1237, 1298, 1256]
- column-three-lower: ਬੇਦਖਲੀ ☛ਅਸੀਂ ਅਨੀਤਾ ਦੇਵੀ ਪਤਨੀ ਰਾਕੇਸ਼ ਕੁਮਾ…: [759, 601, 1131, 2380]
- list-item-text: ਮੈਂ ਨਰਿੰਦਰ ਕੁਮਾਰ ਵਾਸੀ ਮਕਾਨ ਨੰਬਰ 122-ਬੀ ਸ…: [190, 764, 367, 812]
- middle-column: ਬੇਦਖ਼ਲੀ... ☛ਮੈਂ ਲਛਮਣ ਸਿੰਘ ਪੁੱਤਰ ਸੁਦਾਗਰ ਸ…: [378, 63, 749, 2357]
- list-item-text: I, Gurpreet Singh Sarao S/o Baljeet Sing…: [952, 2164, 1131, 2269]
- table-cell: Pending: [1219, 371, 1301, 414]
